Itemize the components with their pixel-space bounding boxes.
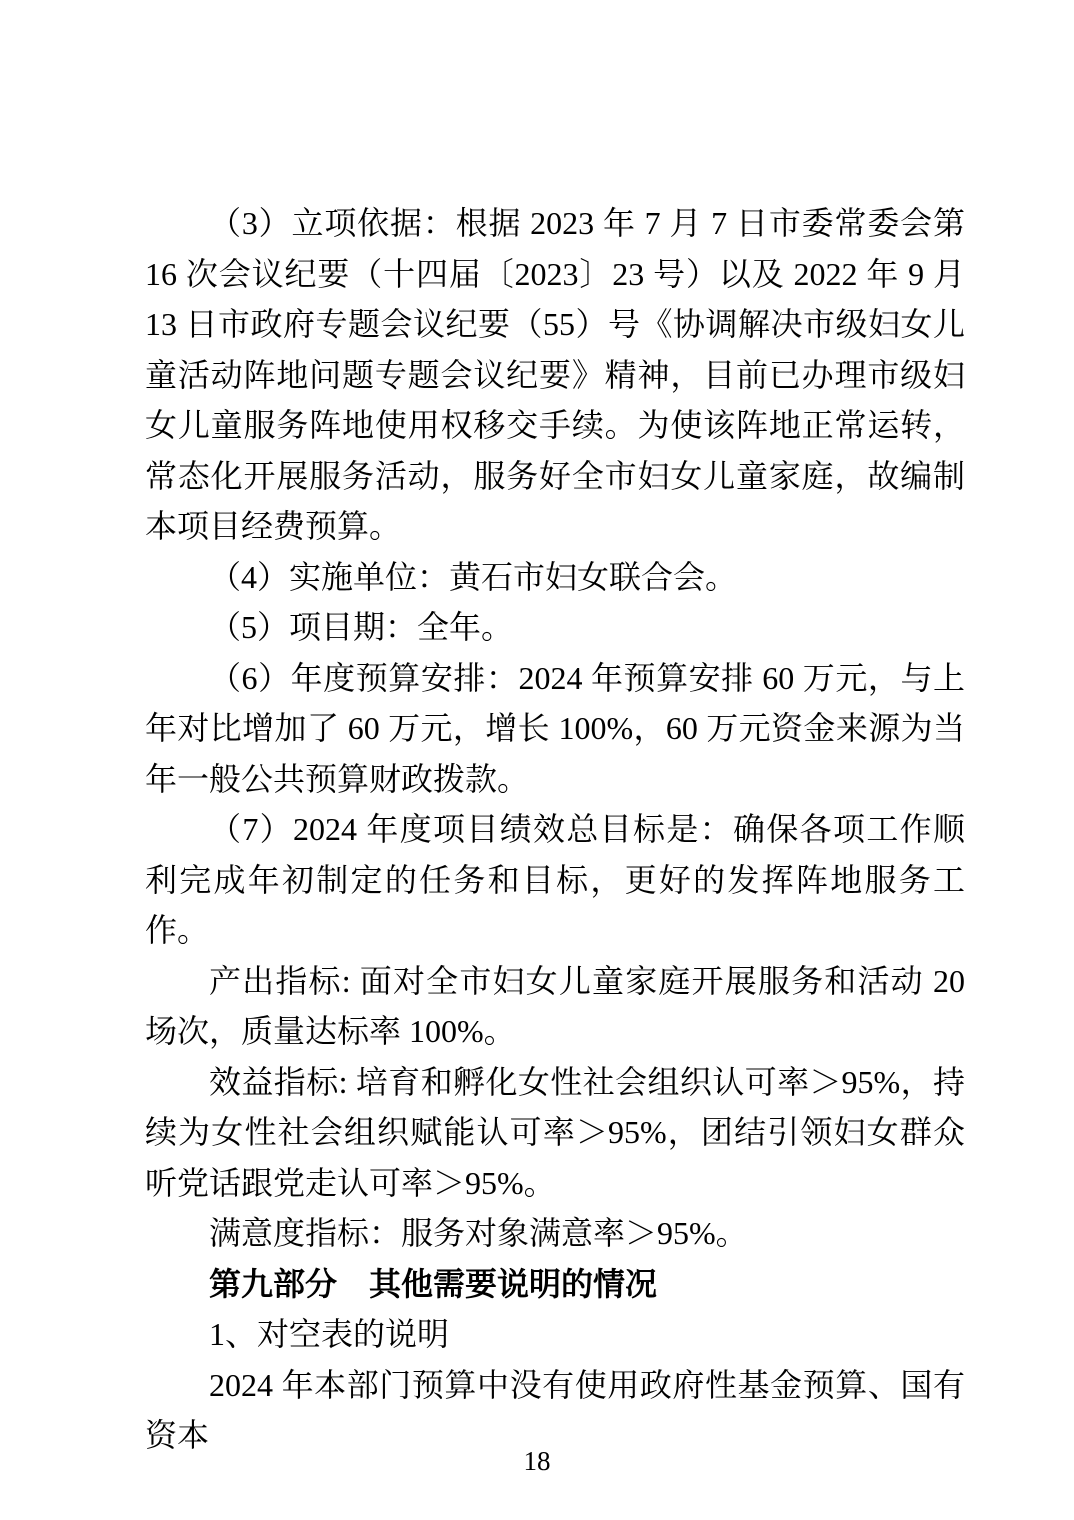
paragraph-annual-budget: （6）年度预算安排：2024 年预算安排 60 万元，与上年对比增加了 60 万… [145,653,965,805]
paragraph-benefit-indicator: 效益指标: 培育和孵化女性社会组织认可率＞95%，持续为女性社会组织赋能认可率＞… [145,1057,965,1209]
paragraph-project-basis: （3）立项依据：根据 2023 年 7 月 7 日市委常委会第 16 次会议纪要… [145,198,965,552]
paragraph-implementing-unit: （4）实施单位：黄石市妇女联合会。 [145,552,965,603]
section-heading-part-nine: 第九部分 其他需要说明的情况 [145,1259,965,1310]
paragraph-output-indicator: 产出指标: 面对全市妇女儿童家庭开展服务和活动 20 场次，质量达标率 100%… [145,956,965,1057]
paragraph-satisfaction-indicator: 满意度指标：服务对象满意率＞95%。 [145,1208,965,1259]
document-body: （3）立项依据：根据 2023 年 7 月 7 日市委常委会第 16 次会议纪要… [145,198,965,1461]
paragraph-project-period: （5）项目期：全年。 [145,602,965,653]
page-number: 18 [0,1446,1074,1476]
document-page: （3）立项依据：根据 2023 年 7 月 7 日市委常委会第 16 次会议纪要… [0,0,1074,1520]
paragraph-empty-table-note: 1、对空表的说明 [145,1309,965,1360]
paragraph-performance-goal: （7）2024 年度项目绩效总目标是：确保各项工作顺利完成年初制定的任务和目标，… [145,804,965,956]
